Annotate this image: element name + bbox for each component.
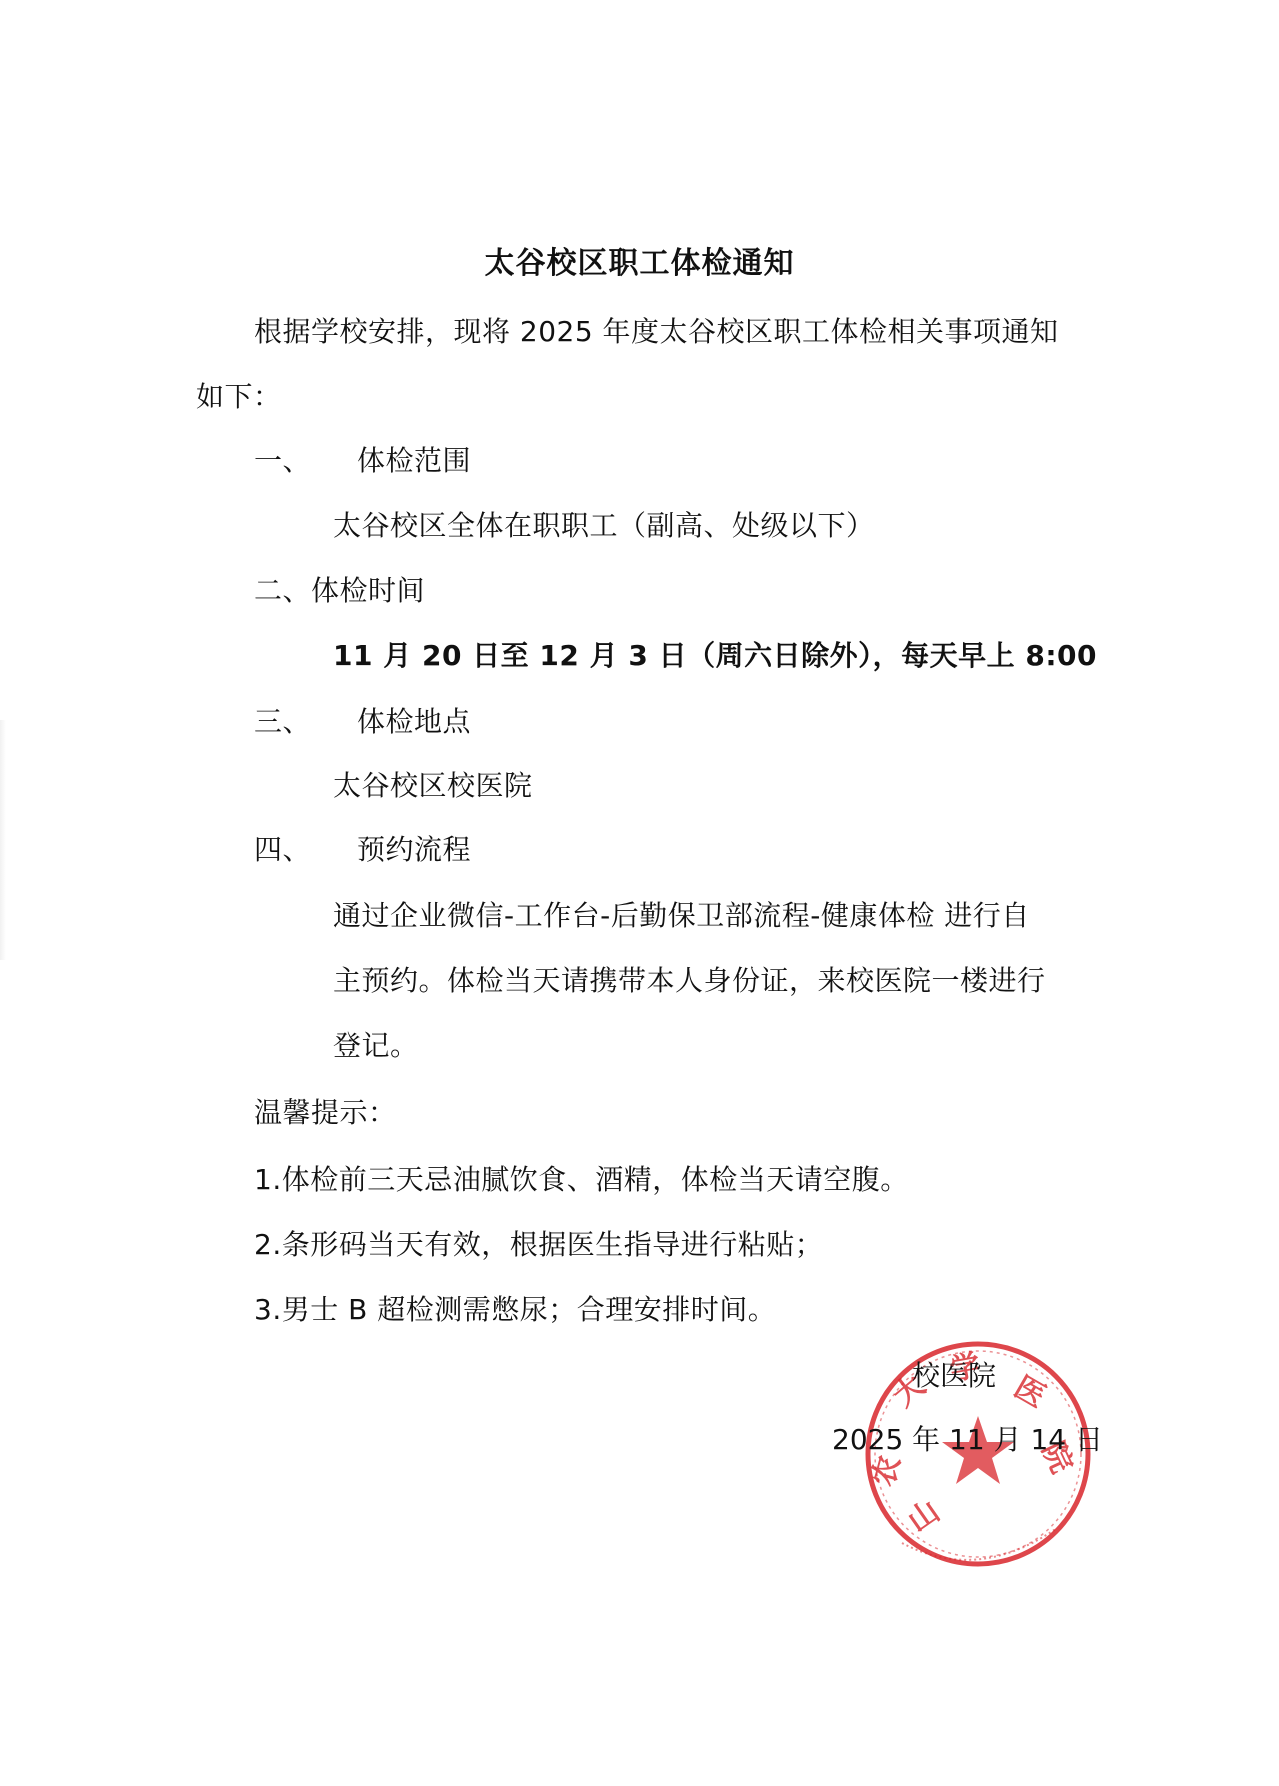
document-title: 太谷校区职工体检通知	[0, 243, 1279, 285]
section-4-body-line-3: 登记。	[333, 1026, 419, 1066]
section-1-heading: 体检范围	[357, 444, 471, 477]
section-4-heading: 预约流程	[357, 833, 471, 866]
section-2-number: 二、	[254, 571, 311, 611]
section-2-heading: 体检时间	[311, 574, 425, 607]
svg-text:山: 山	[902, 1494, 947, 1540]
tip-item-1: 1.体检前三天忌油腻饮食、酒精，体检当天请空腹。	[254, 1160, 909, 1200]
issuer-name: 校医院	[912, 1356, 996, 1396]
section-1-number: 一、	[254, 441, 311, 481]
section-2-body: 11 月 20 日至 12 月 3 日（周六日除外），每天早上 8:00	[333, 636, 1097, 676]
issue-date: 2025 年 11 月 14 日	[832, 1420, 1103, 1460]
section-3-heading: 体检地点	[357, 705, 471, 738]
intro-line-2: 如下：	[196, 377, 282, 417]
section-4-number: 四、	[254, 830, 311, 870]
notice-page: 太谷校区职工体检通知 根据学校安排，现将 2025 年度太谷校区职工体检相关事项…	[0, 0, 1279, 1786]
section-4-heading-row: 四、预约流程	[254, 830, 471, 870]
section-4-body-line-1: 通过企业微信-工作台-后勤保卫部流程-健康体检 进行自	[333, 896, 1030, 936]
section-1-body: 太谷校区全体在职职工（副高、处级以下）	[333, 506, 875, 546]
svg-text:医: 医	[1008, 1370, 1051, 1415]
tip-item-3: 3.男士 B 超检测需憋尿；合理安排时间。	[254, 1290, 776, 1330]
section-2-heading-row: 二、体检时间	[254, 571, 425, 611]
section-3-heading-row: 三、体检地点	[254, 702, 471, 742]
section-4-body-line-2: 主预约。体检当天请携带本人身份证，来校医院一楼进行	[333, 961, 1046, 1001]
tips-heading: 温馨提示：	[254, 1093, 397, 1133]
intro-line-1: 根据学校安排，现将 2025 年度太谷校区职工体检相关事项通知	[254, 312, 1059, 352]
section-1-heading-row: 一、体检范围	[254, 441, 471, 481]
section-3-number: 三、	[254, 702, 311, 742]
tip-item-2: 2.条形码当天有效，根据医生指导进行粘贴；	[254, 1225, 823, 1265]
section-3-body: 太谷校区校医院	[333, 766, 533, 806]
scan-edge-shadow	[0, 720, 6, 960]
